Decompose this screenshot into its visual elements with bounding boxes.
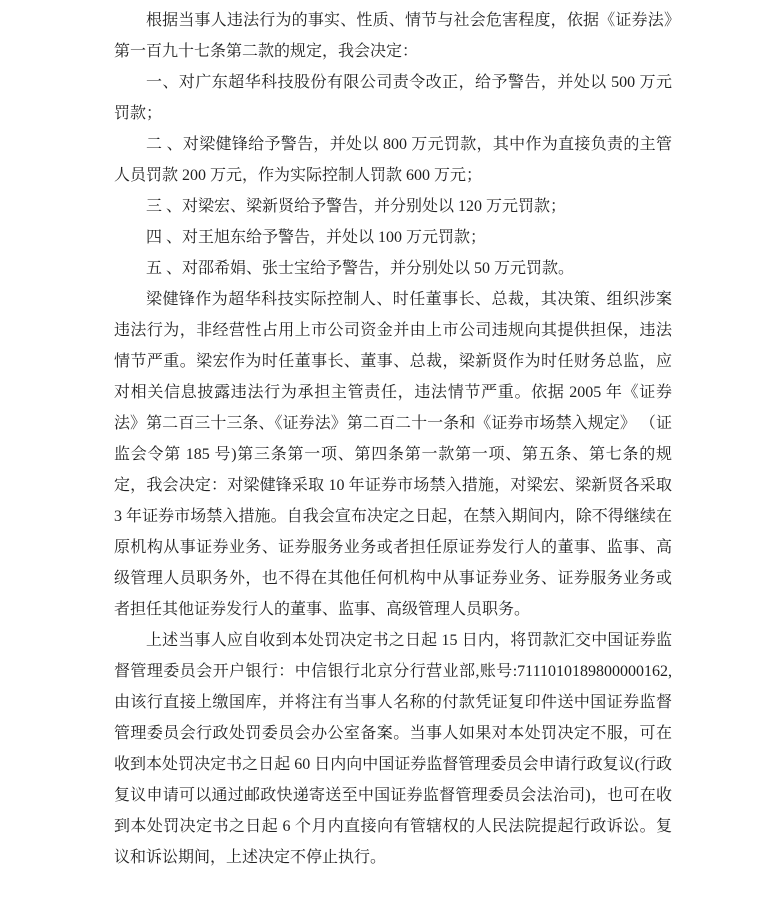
paragraph-penalty-item-5-shaoxijuan-zhangshibao: 五 、对邵希娟、张士宝给予警告，并分别处以 50 万元罚款。 bbox=[114, 253, 672, 284]
paragraph-payment-and-appeal-instructions: 上述当事人应自收到本处罚决定书之日起 15 日内，将罚款汇交中国证券监督管理委员… bbox=[114, 625, 672, 873]
paragraph-penalty-item-1-company: 一、对广东超华科技股份有限公司责令改正，给予警告，并处以 500 万元罚款； bbox=[114, 67, 672, 129]
paragraph-penalty-item-2-liangjianfeng: 二 、对梁健锋给予警告，并处以 800 万元罚款，其中作为直接负责的主管人员罚款… bbox=[114, 129, 672, 191]
document-body: 根据当事人违法行为的事实、性质、情节与社会危害程度，依据《证券法》第一百九十七条… bbox=[114, 5, 672, 873]
paragraph-legal-basis: 根据当事人违法行为的事实、性质、情节与社会危害程度，依据《证券法》第一百九十七条… bbox=[114, 5, 672, 67]
paragraph-penalty-item-3-lianghong-liangxinxian: 三 、对梁宏、梁新贤给予警告，并分别处以 120 万元罚款； bbox=[114, 191, 672, 222]
paragraph-penalty-item-4-wangxudong: 四 、对王旭东给予警告，并处以 100 万元罚款； bbox=[114, 222, 672, 253]
document-page: 根据当事人违法行为的事实、性质、情节与社会危害程度，依据《证券法》第一百九十七条… bbox=[0, 0, 784, 909]
paragraph-market-ban-decision: 梁健锋作为超华科技实际控制人、时任董事长、总裁，其决策、组织涉案违法行为，非经营… bbox=[114, 284, 672, 625]
